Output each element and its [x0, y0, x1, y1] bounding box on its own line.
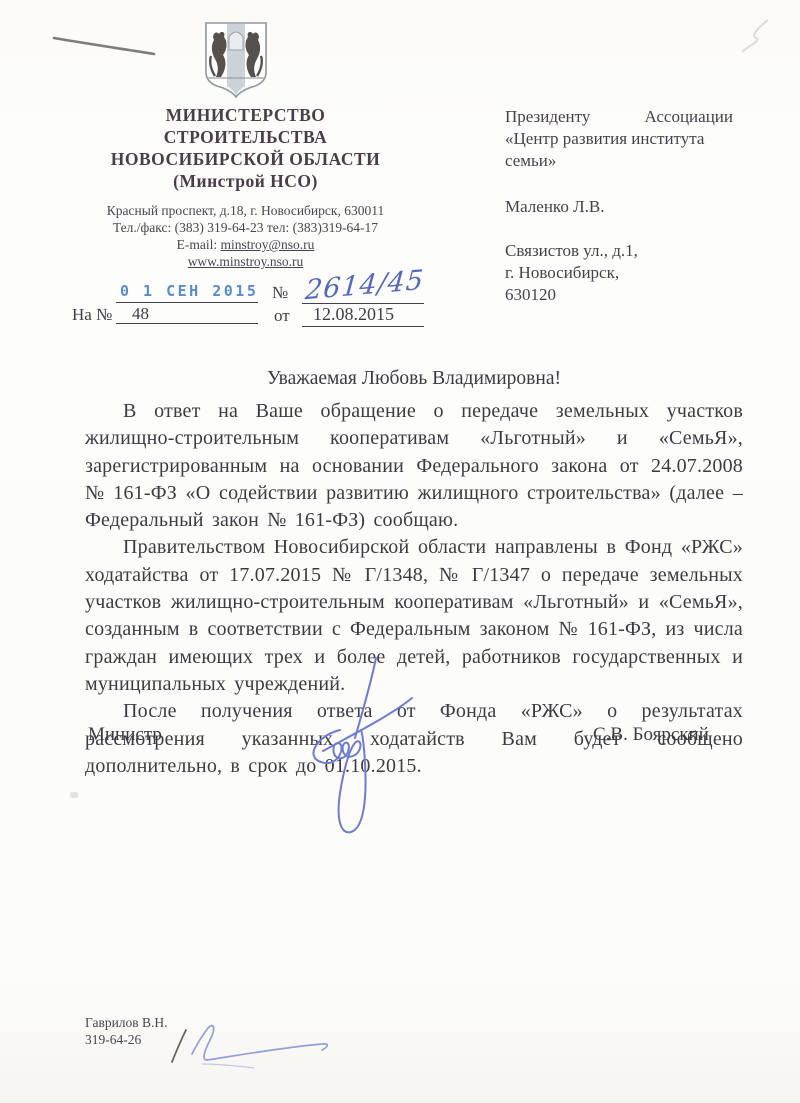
reply-number: 48 [132, 304, 149, 324]
recipient-address-line: 630120 [505, 284, 733, 306]
ministry-title-line: СТРОИТЕЛЬСТВА [58, 126, 433, 148]
ministry-title-line: МИНИСТЕРСТВО [58, 104, 433, 126]
recipient-org-line: семьи» [505, 150, 733, 172]
from-label: от [274, 306, 290, 326]
scan-artifact-dash [48, 30, 163, 62]
letterhead: МИНИСТЕРСТВО СТРОИТЕЛЬСТВА НОВОСИБИРСКОЙ… [58, 104, 433, 270]
executor-block: Гаврилов В.Н. 319-64-26 [85, 1014, 168, 1048]
reply-date: 12.08.2015 [313, 304, 394, 325]
email-line: E-mail: minstroy@nso.ru [58, 236, 433, 253]
executor-phone: 319-64-26 [85, 1031, 168, 1048]
rule-line [116, 323, 258, 324]
number-label: № [272, 283, 288, 303]
recipient-name: Маленко Л.В. [505, 196, 733, 218]
recipient-address-line: г. Новосибирск, [505, 262, 733, 284]
registration-date-stamp: 0 1 СЕН 2015 [120, 282, 258, 300]
email-label: E-mail: [177, 237, 221, 252]
minister-signature-ink [295, 648, 430, 843]
footer-signature-scribble [158, 1020, 343, 1072]
signer-position: Министр [88, 724, 162, 746]
signer-name: С.В. Боярский [593, 724, 709, 746]
website-line: www.minstroy.nso.ru [58, 253, 433, 270]
recipient-org-line: «Центр развития института [505, 128, 733, 150]
scan-artifact-squiggle [728, 12, 794, 60]
ministry-short-name: (Минстрой НСО) [58, 170, 433, 192]
reply-to-label: На № [72, 305, 112, 325]
recipient-block: Президенту Ассоциации «Центр развития ин… [505, 106, 733, 306]
scan-artifact-speck [70, 792, 78, 798]
rule-line [116, 302, 258, 303]
website-address: www.minstroy.nso.ru [188, 254, 304, 269]
letterhead-contacts: Красный проспект, д.18, г. Новосибирск, … [58, 202, 433, 270]
recipient-address: Связистов ул., д.1, г. Новосибирск, 6301… [505, 240, 733, 306]
recipient-address-line: Связистов ул., д.1, [505, 240, 733, 262]
email-address: minstroy@nso.ru [221, 237, 315, 252]
recipient-org-line: Президенту Ассоциации [505, 106, 733, 128]
paragraph: В ответ на Ваше обращение о передаче зем… [85, 398, 743, 534]
salutation: Уважаемая Любовь Владимировна! [85, 368, 743, 390]
phone-fax-line: Тел./факс: (383) 319-64-23 тел: (383)319… [58, 219, 433, 236]
ministry-title-line: НОВОСИБИРСКОЙ ОБЛАСТИ [58, 148, 433, 170]
outgoing-number-handwritten: 2614/45 [304, 265, 425, 307]
scanned-letter-page: МИНИСТЕРСТВО СТРОИТЕЛЬСТВА НОВОСИБИРСКОЙ… [0, 0, 800, 1103]
rule-line [302, 326, 424, 327]
executor-name: Гаврилов В.Н. [85, 1014, 168, 1031]
postal-address: Красный проспект, д.18, г. Новосибирск, … [58, 202, 433, 219]
coat-of-arms-icon [203, 20, 269, 100]
